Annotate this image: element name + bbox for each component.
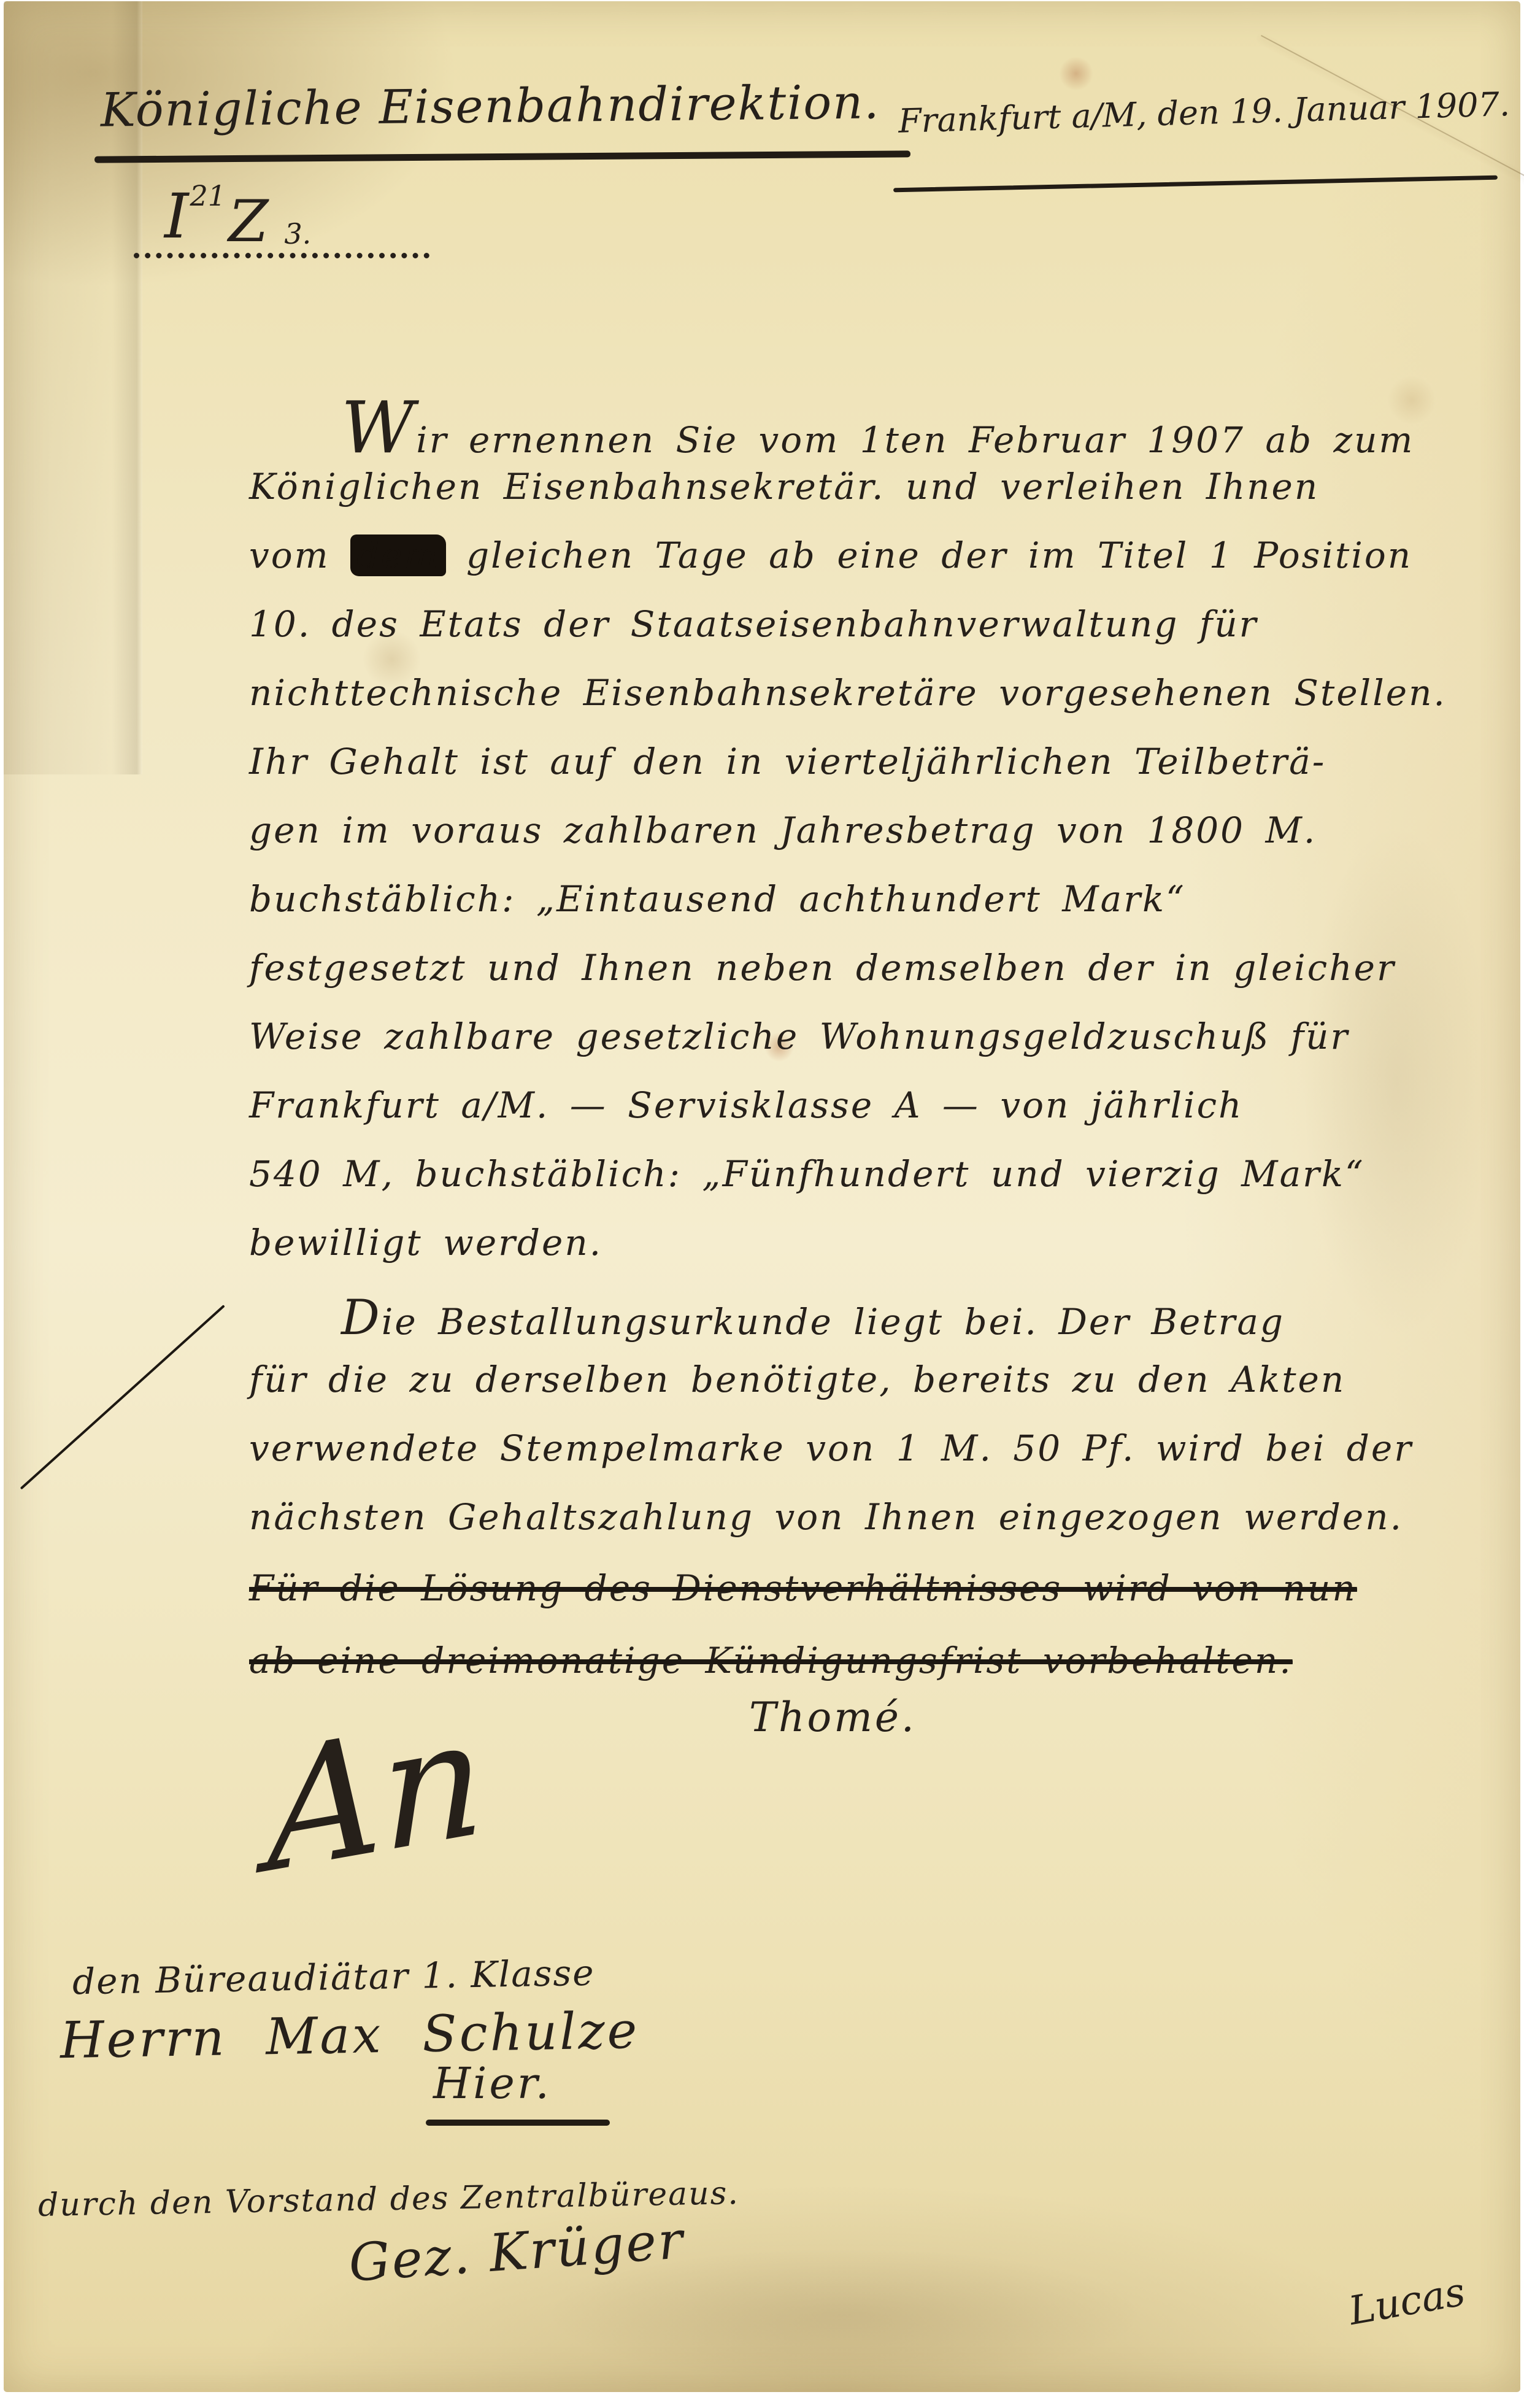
location-underline: [426, 2120, 610, 2126]
handwritten-line: Ihr Gehalt ist auf den in vierteljährlic…: [249, 741, 1326, 782]
handwritten-line: nichttechnische Eisenbahnsekretäre vorge…: [249, 672, 1447, 714]
handwritten-line: 10. des Etats der Staatseisenbahnverwalt…: [249, 603, 1258, 645]
reference-superscript: 21: [190, 179, 226, 212]
struck-text: Für die Lösung des Dienstverhältnisses w…: [249, 1567, 1357, 1609]
recipient-location: Hier.: [433, 2058, 552, 2109]
handwritten-line: vom dem gleichen Tage ab eine der im Tit…: [249, 534, 1412, 576]
paper-sheet: Königliche Eisenbahndirektion. Frankfurt…: [4, 1, 1520, 2392]
struck-text: ab eine dreimonatige Kündigungsfrist vor…: [249, 1640, 1293, 1681]
an-flourish: An: [263, 1694, 487, 1896]
handwritten-line: Wir ernennen Sie vom 1ten Februar 1907 a…: [249, 387, 1414, 469]
scanned-document-page: { "colors": { "ink": "#26201a", "paper":…: [0, 0, 1524, 2408]
handwritten-line: nächsten Gehaltszahlung von Ihnen eingez…: [249, 1496, 1403, 1538]
reference-base: I: [164, 180, 189, 252]
line-text: vom: [249, 534, 350, 576]
blotted-word: dem: [350, 534, 445, 576]
handwritten-line: verwendete Stempelmarke von 1 M. 50 Pf. …: [249, 1427, 1413, 1469]
recipient-role: den Büreaudiätar 1. Klasse: [72, 1952, 595, 2003]
handwritten-line: gen im voraus zahlbaren Jahresbetrag von…: [249, 809, 1317, 851]
signature-thome: Thomé.: [749, 1694, 917, 1741]
handwritten-line: buchstäblich: „Eintausend achthundert Ma…: [249, 878, 1186, 920]
handwritten-line: Weise zahlbare gesetzliche Wohnungsgeldz…: [249, 1016, 1349, 1057]
handwritten-line: Königlichen Eisenbahnsekretär. und verle…: [249, 466, 1319, 507]
margin-check-stroke: [20, 1305, 225, 1489]
handwritten-line: festgesetzt und Ihnen neben demselben de…: [249, 947, 1396, 989]
struck-line: Für die Lösung des Dienstverhältnisses w…: [249, 1567, 1357, 1609]
handwritten-line: 540 M, buchstäblich: „Fünfhundert und vi…: [249, 1153, 1365, 1195]
handwritten-line: bewilligt werden.: [249, 1222, 602, 1264]
recipient-name: Herrn Max Schulze: [60, 2002, 640, 2070]
handwritten-line: Frankfurt a/M. — Servisklasse A — von jä…: [249, 1084, 1243, 1126]
handwritten-line: Die Bestallungsurkunde liegt bei. Der Be…: [249, 1290, 1285, 1346]
line-text: gleichen Tage ab eine der im Titel 1 Pos…: [446, 534, 1413, 576]
letter-body: Wir ernennen Sie vom 1ten Februar 1907 a…: [249, 1, 1488, 1842]
struck-line: ab eine dreimonatige Kündigungsfrist vor…: [249, 1640, 1293, 1681]
handwritten-line: für die zu derselben benötigte, bereits …: [249, 1359, 1345, 1400]
corner-paraph: Lucas: [1345, 2269, 1469, 2334]
